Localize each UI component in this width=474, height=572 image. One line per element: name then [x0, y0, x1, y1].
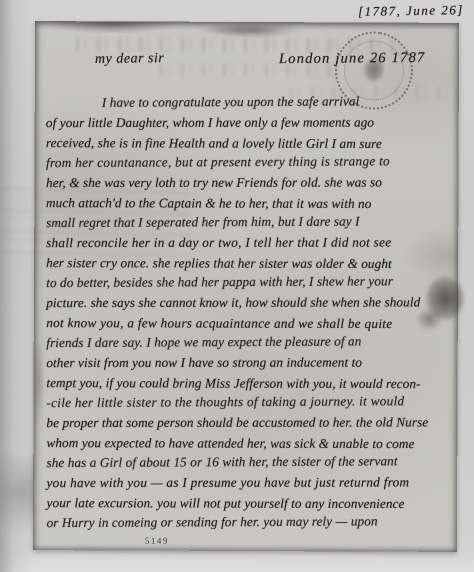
letter-line: -cile her little sister to the thoughts … [46, 391, 450, 413]
letter-line: she has a Girl of about 15 or 16 with he… [46, 451, 450, 473]
catalog-number: 5149 [145, 536, 169, 546]
letter-line: other visit from you now I have so stron… [46, 352, 450, 373]
letter-line: be proper that some person should be acc… [46, 412, 450, 433]
letter-body: I have to congratulate you upon the safe… [46, 92, 451, 533]
letter-line: or Hurry in comeing or sending for her. … [47, 511, 451, 533]
ink-blot [410, 267, 474, 337]
archival-date-note: [1787, June 26] [358, 2, 464, 20]
letter-line: picture. she says she cannot know it, ho… [46, 292, 450, 313]
letter-line: friends I dare say. I hope we may expect… [46, 331, 450, 353]
letter-line: you have with you — as I presume you hav… [47, 472, 451, 493]
letter-line: of your little Daughter, whom I have onl… [46, 112, 450, 133]
salutation: my dear sir [95, 51, 164, 68]
scanned-letter-background: [1787, June 26] my dear sir London june … [0, 0, 474, 572]
letter-line: to do better, besides she had her pappa … [46, 271, 450, 293]
ink-smudge [31, 321, 46, 441]
letter-line: shall reconcile her in a day or two, I t… [46, 232, 450, 253]
dateline: London june 26 1787 [279, 50, 426, 68]
letter-line: I have to congratulate you upon the safe… [46, 91, 450, 113]
letter-line: her, & she was very loth to try new Frie… [46, 172, 450, 193]
ink-smudge [185, 24, 295, 36]
letter-page: my dear sir London june 26 1787 I have t… [33, 21, 459, 552]
letter-line: from her countanance, but at present eve… [46, 151, 450, 173]
letter-line: small regret that I seperated her from h… [46, 211, 450, 233]
